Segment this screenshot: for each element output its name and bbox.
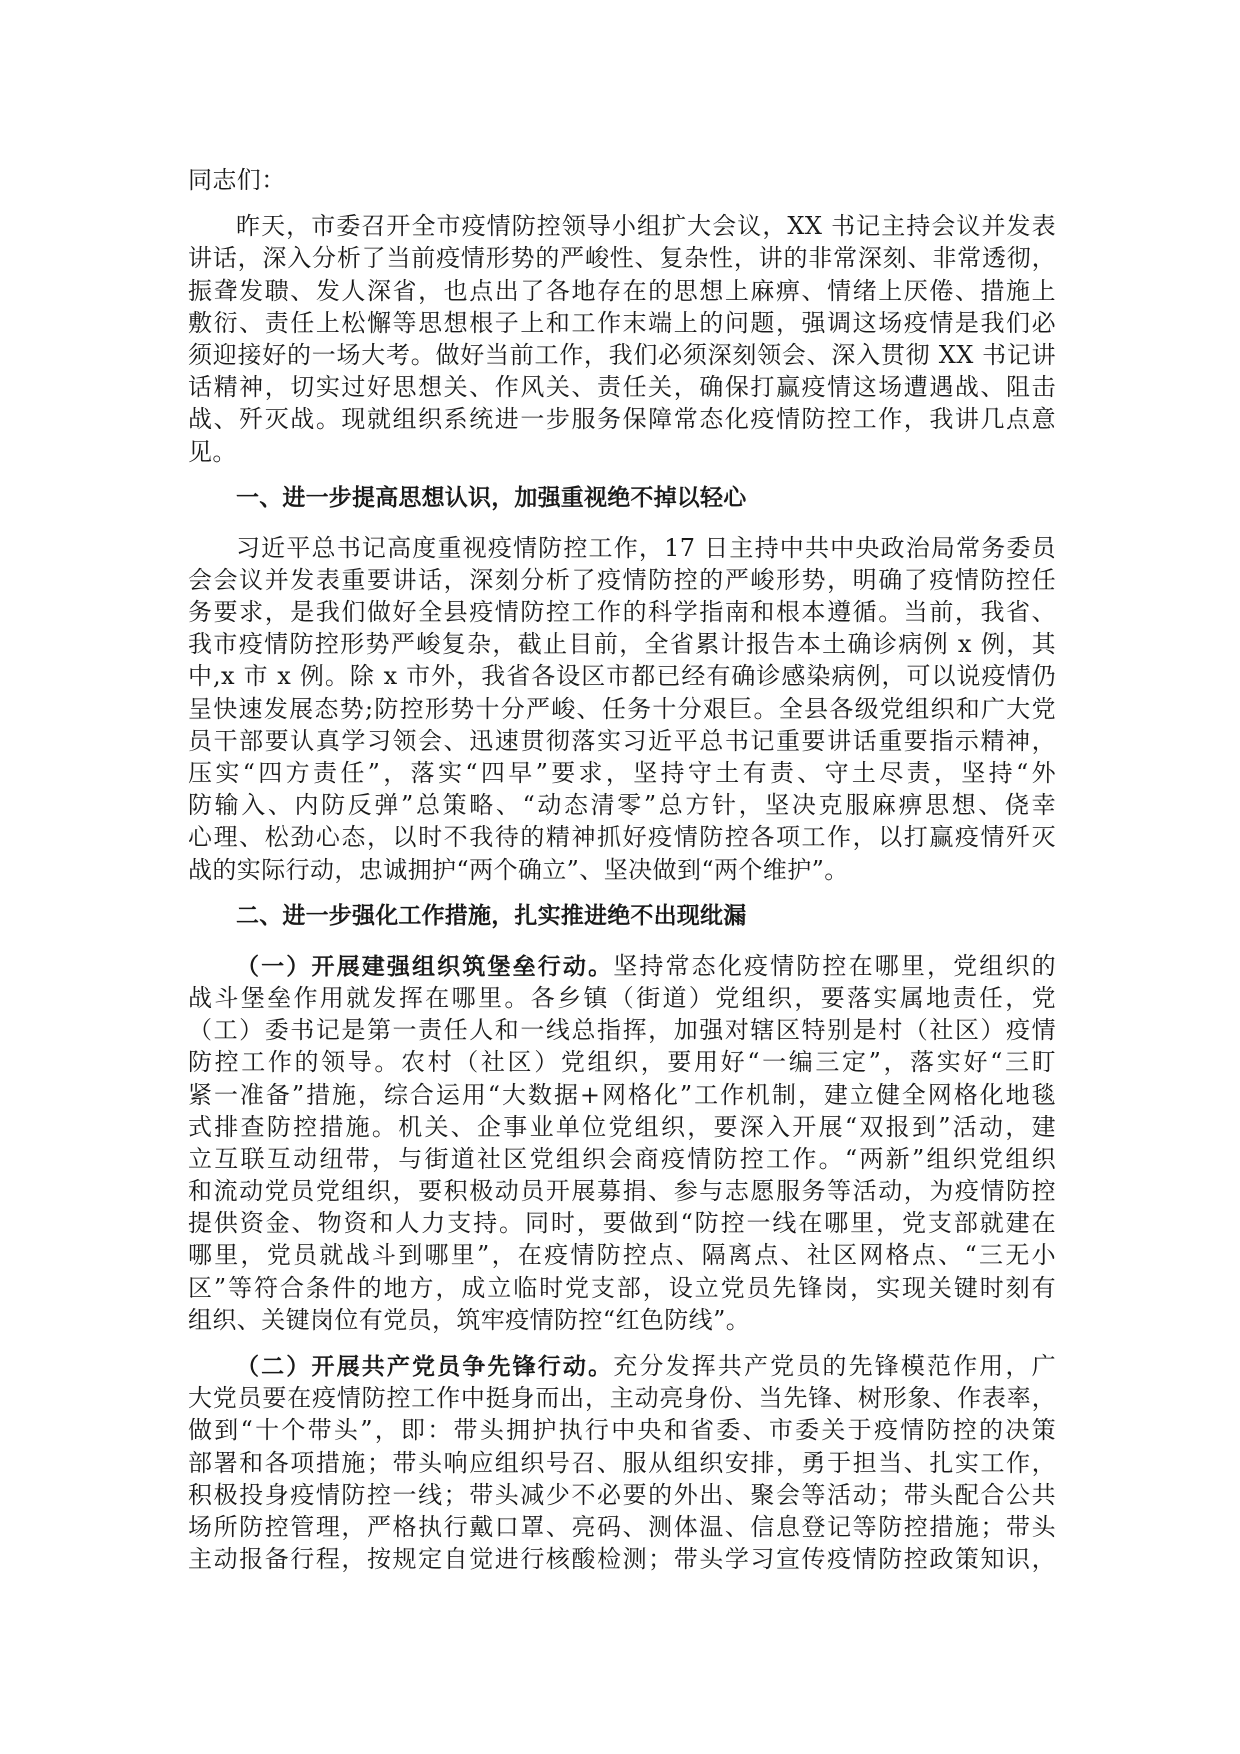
- text-line: 紧一准备”措施，综合运用“大数据+网格化”工作机制，建立健全网格化地毯: [188, 1079, 1056, 1111]
- document-body: 同志们： 昨天，市委召开全市疫情防控领导小组扩大会议，XX 书记主持会议并发表 …: [188, 164, 1056, 1589]
- subsection-1-lead: （一）开展建强组织筑堡垒行动。: [236, 954, 613, 980]
- text-line: 须迎接好的一场大考。做好当前工作，我们必须深刻领会、深入贯彻 XX 书记讲: [188, 339, 1056, 371]
- text-line: 战的实际行动，忠诚拥护“两个确立”、坚决做到“两个维护”。: [188, 854, 1056, 886]
- text-line: 呈快速发展态势;防控形势十分严峻、任务十分艰巨。全县各级党组织和广大党: [188, 693, 1056, 725]
- text-line: 防输入、内防反弹”总策略、“动态清零”总方针，坚决克服麻痹思想、侥幸: [188, 789, 1056, 821]
- intro-paragraph: 昨天，市委召开全市疫情防控领导小组扩大会议，XX 书记主持会议并发表 讲话，深入…: [188, 210, 1056, 468]
- subsection-2-paragraph: （二）开展共产党员争先锋行动。充分发挥共产党员的先锋模范作用，广 大党员要在疫情…: [188, 1350, 1056, 1575]
- subsection-2-lead: （二）开展共产党员争先锋行动。: [236, 1354, 613, 1380]
- text-line: （二）开展共产党员争先锋行动。充分发挥共产党员的先锋模范作用，广: [188, 1350, 1056, 1382]
- text-line: 振聋发聩、发人深省，也点出了各地存在的思想上麻痹、情绪上厌倦、措施上: [188, 275, 1056, 307]
- text-line: 心理、松劲心态，以时不我待的精神抓好疫情防控各项工作，以打赢疫情歼灭: [188, 821, 1056, 853]
- subsection-2-first-line: 充分发挥共产党员的先锋模范作用，广: [613, 1352, 1056, 1380]
- text-line: 见。: [188, 436, 1056, 468]
- text-line: 我市疫情防控形势严峻复杂，截止目前，全省累计报告本土确诊病例 x 例，其: [188, 628, 1056, 660]
- text-line: 部署和各项措施；带头响应组织号召、服从组织安排，勇于担当、扎实工作，: [188, 1447, 1056, 1479]
- text-line: （工）委书记是第一责任人和一线总指挥，加强对辖区特别是村（社区）疫情: [188, 1014, 1056, 1046]
- section-1-paragraph: 习近平总书记高度重视疫情防控工作，17 日主持中共中央政治局常务委员 会会议并发…: [188, 532, 1056, 886]
- section-heading-1: 一、进一步提高思想认识，加强重视绝不掉以轻心: [188, 482, 1056, 514]
- text-line: 员干部要认真学习领会、迅速贯彻落实习近平总书记重要讲话重要指示精神，: [188, 725, 1056, 757]
- text-line: 务要求，是我们做好全县疫情防控工作的科学指南和根本遵循。当前，我省、: [188, 596, 1056, 628]
- text-line: 中,x 市 x 例。除 x 市外，我省各设区市都已经有确诊感染病例，可以说疫情仍: [188, 660, 1056, 692]
- text-line: 积极投身疫情防控一线；带头减少不必要的外出、聚会等活动；带头配合公共: [188, 1479, 1056, 1511]
- text-line: 组织、关键岗位有党员，筑牢疫情防控“红色防线”。: [188, 1304, 1056, 1336]
- subsection-1-paragraph: （一）开展建强组织筑堡垒行动。坚持常态化疫情防控在哪里，党组织的 战斗堡垒作用就…: [188, 950, 1056, 1336]
- text-line: 习近平总书记高度重视疫情防控工作，17 日主持中共中央政治局常务委员: [188, 532, 1056, 564]
- text-line: 做到“十个带头”，即：带头拥护执行中央和省委、市委关于疫情防控的决策: [188, 1414, 1056, 1446]
- text-line: 战、歼灭战。现就组织系统进一步服务保障常态化疫情防控工作，我讲几点意: [188, 403, 1056, 435]
- greeting: 同志们：: [188, 164, 1056, 196]
- text-line: 会会议并发表重要讲话，深刻分析了疫情防控的严峻形势，明确了疫情防控任: [188, 564, 1056, 596]
- text-line: 式排查防控措施。机关、企事业单位党组织，要深入开展“双报到”活动，建: [188, 1111, 1056, 1143]
- text-line: 场所防控管理，严格执行戴口罩、亮码、测体温、信息登记等防控措施；带头: [188, 1511, 1056, 1543]
- text-line: 敷衍、责任上松懈等思想根子上和工作末端上的问题，强调这场疫情是我们必: [188, 307, 1056, 339]
- text-line: 立互联互动纽带，与街道社区党组织会商疫情防控工作。“两新”组织党组织: [188, 1143, 1056, 1175]
- text-line: （一）开展建强组织筑堡垒行动。坚持常态化疫情防控在哪里，党组织的: [188, 950, 1056, 982]
- text-line: 哪里，党员就战斗到哪里”，在疫情防控点、隔离点、社区网格点、“三无小: [188, 1239, 1056, 1271]
- text-line: 压实“四方责任”，落实“四早”要求，坚持守土有责、守土尽责，坚持“外: [188, 757, 1056, 789]
- text-line: 防控工作的领导。农村（社区）党组织，要用好“一编三定”，落实好“三盯: [188, 1046, 1056, 1078]
- text-line: 战斗堡垒作用就发挥在哪里。各乡镇（街道）党组织，要落实属地责任，党: [188, 982, 1056, 1014]
- document-page: 同志们： 昨天，市委召开全市疫情防控领导小组扩大会议，XX 书记主持会议并发表 …: [0, 0, 1240, 1754]
- subsection-1-first-line: 坚持常态化疫情防控在哪里，党组织的: [613, 952, 1056, 980]
- text-line: 大党员要在疫情防控工作中挺身而出，主动亮身份、当先锋、树形象、作表率，: [188, 1382, 1056, 1414]
- text-line: 话精神，切实过好思想关、作风关、责任关，确保打赢疫情这场遭遇战、阻击: [188, 371, 1056, 403]
- text-line: 区”等符合条件的地方，成立临时党支部，设立党员先锋岗，实现关键时刻有: [188, 1272, 1056, 1304]
- section-heading-2: 二、进一步强化工作措施，扎实推进绝不出现纰漏: [188, 900, 1056, 932]
- text-line: 和流动党员党组织，要积极动员开展募捐、参与志愿服务等活动，为疫情防控: [188, 1175, 1056, 1207]
- text-line: 提供资金、物资和人力支持。同时，要做到“防控一线在哪里，党支部就建在: [188, 1207, 1056, 1239]
- text-line: 昨天，市委召开全市疫情防控领导小组扩大会议，XX 书记主持会议并发表: [188, 210, 1056, 242]
- text-line: 讲话，深入分析了当前疫情形势的严峻性、复杂性，讲的非常深刻、非常透彻，: [188, 242, 1056, 274]
- text-line: 主动报备行程，按规定自觉进行核酸检测；带头学习宣传疫情防控政策知识，: [188, 1543, 1056, 1575]
